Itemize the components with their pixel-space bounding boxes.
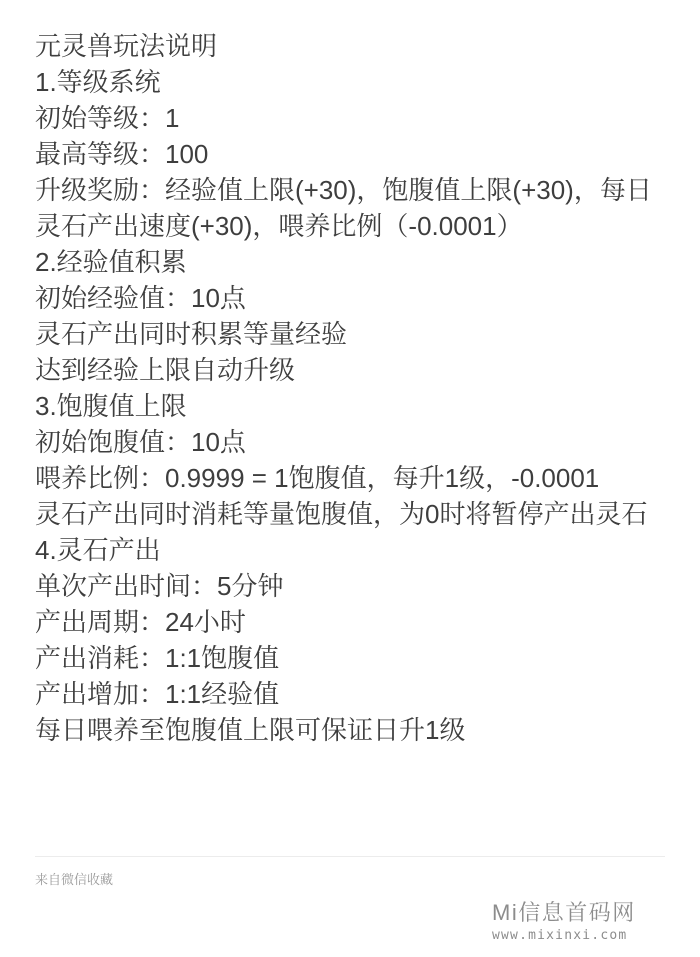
- text-line: 产出增加：1:1经验值: [35, 676, 652, 712]
- text-line: 最高等级：100: [35, 136, 652, 172]
- text-line: 达到经验上限自动升级: [35, 352, 652, 388]
- section-heading: 4.灵石产出: [35, 532, 652, 568]
- page-title: 元灵兽玩法说明: [35, 28, 652, 64]
- footer-divider: [35, 856, 665, 857]
- watermark-site-url: www.mixinxi.com: [492, 928, 636, 943]
- text-line: 单次产出时间：5分钟: [35, 568, 652, 604]
- text-line: 初始等级：1: [35, 100, 652, 136]
- text-line: 初始经验值：10点: [35, 280, 652, 316]
- text-line: 灵石产出速度(+30)，喂养比例（-0.0001）: [35, 208, 652, 244]
- text-line: 产出周期：24小时: [35, 604, 652, 640]
- section-heading: 1.等级系统: [35, 64, 652, 100]
- text-line: 初始饱腹值：10点: [35, 424, 652, 460]
- text-line: 升级奖励：经验值上限(+30)，饱腹值上限(+30)，每日: [35, 172, 652, 208]
- note-page: 元灵兽玩法说明 1.等级系统 初始等级：1 最高等级：100 升级奖励：经验值上…: [0, 0, 700, 957]
- watermark: Mi信息首码网 www.mixinxi.com: [492, 896, 636, 943]
- section-heading: 3.饱腹值上限: [35, 388, 652, 424]
- text-line: 产出消耗：1:1饱腹值: [35, 640, 652, 676]
- text-line: 喂养比例：0.9999 = 1饱腹值，每升1级，-0.0001: [35, 460, 652, 496]
- note-content: 元灵兽玩法说明 1.等级系统 初始等级：1 最高等级：100 升级奖励：经验值上…: [35, 28, 652, 748]
- watermark-site-name: Mi信息首码网: [492, 896, 636, 927]
- source-label: 来自微信收藏: [35, 869, 113, 888]
- section-heading: 2.经验值积累: [35, 244, 652, 280]
- text-line: 灵石产出同时积累等量经验: [35, 316, 652, 352]
- text-line: 灵石产出同时消耗等量饱腹值，为0时将暂停产出灵石: [35, 496, 652, 532]
- text-line: 每日喂养至饱腹值上限可保证日升1级: [35, 712, 652, 748]
